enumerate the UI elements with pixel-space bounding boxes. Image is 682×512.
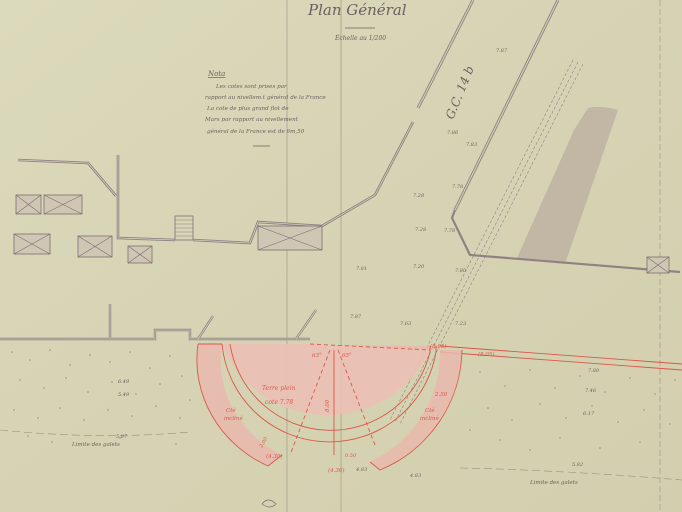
svg-text:7.78: 7.78 (444, 228, 455, 234)
svg-text:5.82: 5.82 (572, 462, 583, 468)
left-slope-label-1: Cté (226, 407, 236, 414)
svg-text:5.49: 5.49 (118, 392, 130, 398)
note-line-1: Les cotes sont prises par (215, 84, 287, 90)
svg-text:7.20: 7.20 (413, 264, 425, 270)
svg-text:4.83: 4.83 (409, 473, 421, 479)
svg-text:7.81: 7.81 (356, 266, 367, 272)
note-line-3: La cote de plus grand flot de (206, 106, 289, 112)
right-angle: 65° (342, 353, 352, 359)
basin-label-1: Terre plein (262, 385, 296, 392)
right-slope-label-2: incliné (420, 415, 439, 422)
left-angle: 63° (312, 353, 322, 359)
beach-label-right: Limite des galets (529, 480, 578, 486)
svg-text:7.46: 7.46 (585, 388, 597, 394)
svg-text:5.87: 5.87 (116, 434, 128, 440)
svg-text:7.63: 7.63 (400, 321, 411, 327)
plan-title: Plan Général (307, 1, 407, 19)
basin-label-2: cote 7.78 (265, 399, 293, 406)
scale-label: Échelle au 1/200 (334, 34, 386, 42)
left-slope-label-2: incliné (224, 415, 243, 422)
basin-width-label: 2.50 (434, 392, 448, 398)
note-line-2: rapport au nivellem.t général de la Fran… (205, 94, 326, 101)
svg-text:7.28: 7.28 (415, 227, 426, 233)
basin-inner-width: 0.50 (345, 453, 357, 459)
svg-text:6.49: 6.49 (118, 379, 130, 385)
note-line-4: Mars par rapport au nivellement (204, 117, 299, 123)
right-slope-label-1: Cté (425, 407, 435, 414)
svg-text:7.23: 7.23 (455, 321, 466, 327)
svg-text:7.83: 7.83 (466, 142, 477, 148)
svg-text:4.83: 4.83 (355, 467, 367, 473)
svg-text:7.80: 7.80 (455, 268, 467, 274)
svg-text:7.28: 7.28 (413, 193, 424, 199)
bottom-depth-label: (4.30) (328, 467, 345, 474)
top-right-depth: (8.05) (430, 343, 447, 350)
radius-label: 8.00 (325, 399, 331, 412)
svg-text:7.86: 7.86 (447, 130, 459, 136)
note-line-5: général de la France est de 6m,50 (207, 128, 305, 135)
svg-text:7.80: 7.80 (588, 368, 600, 374)
quay-depth: (8.05) (478, 351, 495, 358)
svg-text:7.78: 7.78 (452, 184, 463, 190)
beach-label-left: Limite des galets (71, 442, 120, 448)
general-plan-drawing: Plan Général Échelle au 1/200 Nota Les c… (0, 0, 682, 512)
svg-text:6.17: 6.17 (583, 411, 595, 417)
svg-text:7.87: 7.87 (350, 314, 362, 320)
svg-text:7.87: 7.87 (496, 48, 508, 54)
left-depth-label: (4.30) (266, 453, 283, 460)
note-heading: Nota (207, 70, 225, 78)
